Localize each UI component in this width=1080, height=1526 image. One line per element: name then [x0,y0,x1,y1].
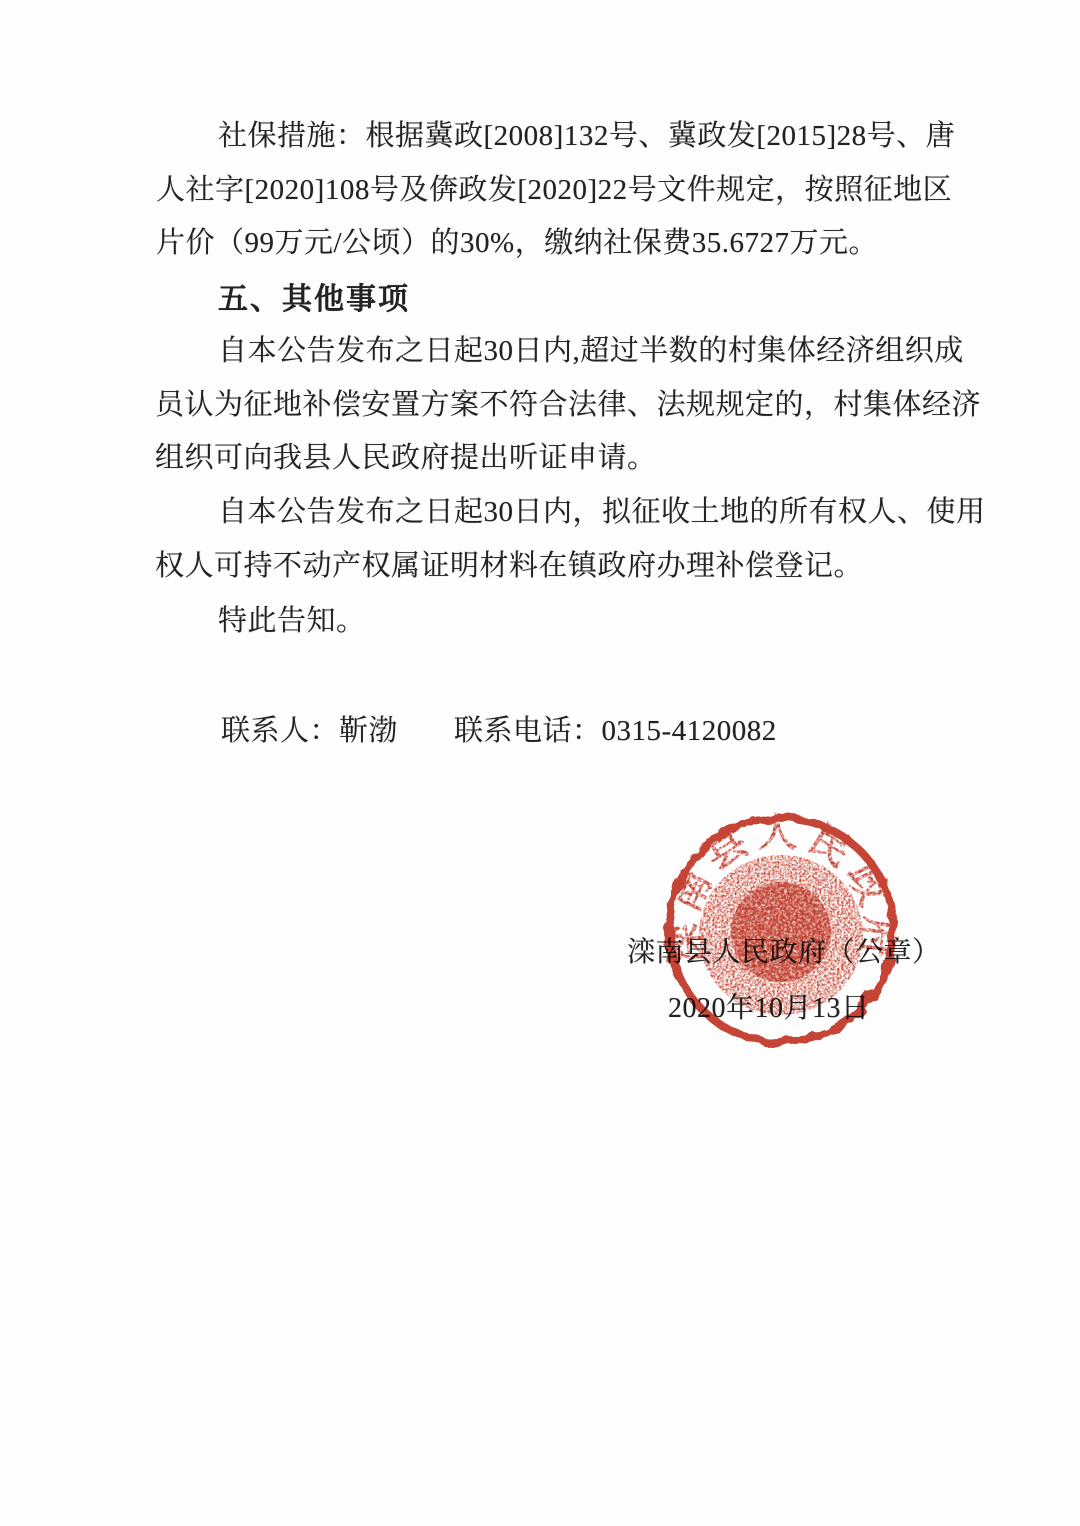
section-heading-other-matters: 五、其他事项 [218,283,410,316]
hearing-line-1: 自本公告发布之日起30日内,超过半数的村集体经济组织成 [218,336,964,368]
social-measures-line-1: 社保措施：根据冀政[2008]132号、冀政发[2015]28号、唐 [218,121,955,153]
official-seal: 滦南县人民政府 [653,802,909,1058]
closing-statement: 特此告知。 [218,606,366,638]
contact-person-label: 联系人： [221,716,339,748]
contact-phone-label: 联系电话： [454,716,602,748]
contact-line: 联系人：靳渤联系电话：0315-4120082 [221,716,777,748]
hearing-line-3: 组织可向我县人民政府提出听证申请。 [155,443,657,475]
hearing-line-2: 员认为征地补偿安置方案不符合法律、法规规定的，村集体经济 [155,390,981,422]
scanned-announcement-page: 社保措施：根据冀政[2008]132号、冀政发[2015]28号、唐 人社字[2… [0,0,1080,1526]
registration-line-2: 权人可持不动产权属证明材料在镇政府办理补偿登记。 [155,551,863,583]
contact-phone-number: 0315-4120082 [602,716,777,748]
contact-person-name: 靳渤 [339,716,398,748]
social-measures-line-3: 片价（99万元/公顷）的30%，缴纳社保费35.6727万元。 [156,228,878,260]
seal-emblem-core [731,882,831,982]
social-measures-line-2: 人社字[2020]108号及倴政发[2020]22号文件规定，按照征地区 [156,175,952,207]
registration-line-1: 自本公告发布之日起30日内，拟征收土地的所有权人、使用 [218,497,986,529]
